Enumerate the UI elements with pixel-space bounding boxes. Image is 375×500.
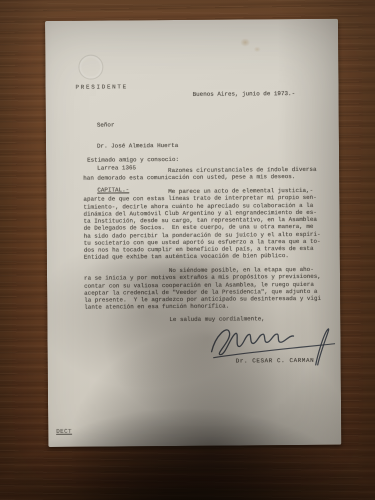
recipient-name: Dr. José Almeida Huerta bbox=[97, 142, 178, 150]
embossed-seal-icon bbox=[78, 55, 103, 80]
letterhead-title: PRESIDENTE bbox=[75, 83, 127, 91]
date-line: Buenos Aires, junio de 1973.- bbox=[193, 90, 296, 98]
signer-typed-name: Dr. CESAR C. CARMAN bbox=[236, 357, 315, 365]
typist-initials: DECT bbox=[56, 428, 72, 435]
paragraph-1: Razones circunstanciales de índole diver… bbox=[83, 166, 316, 182]
recipient-title: Señor bbox=[97, 120, 178, 128]
paragraph-3: No siéndome posible, en la etapa que aho… bbox=[84, 266, 321, 311]
letter-paper: PRESIDENTE Buenos Aires, junio de 1973.-… bbox=[45, 19, 341, 447]
salutation-line: Estimado amigo y consocio: bbox=[87, 156, 179, 164]
photo-of-letter: PRESIDENTE Buenos Aires, junio de 1973.-… bbox=[0, 0, 375, 500]
paragraph-2: Me parece un acto de elemental justicia,… bbox=[83, 187, 320, 261]
